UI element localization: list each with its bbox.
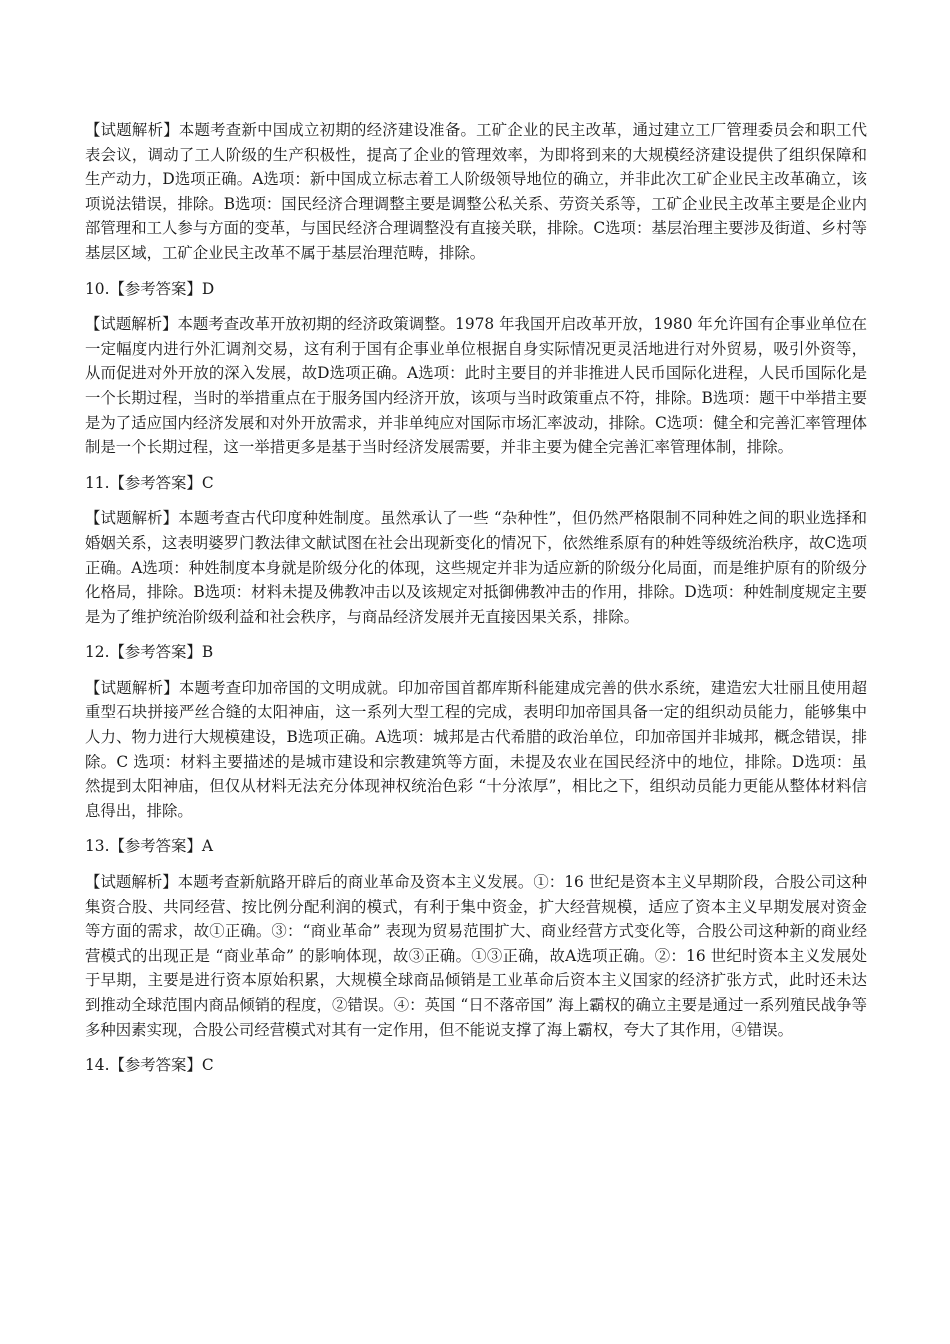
analysis-q11: 【试题解析】本题考查古代印度种姓制度。虽然承认了一些 “杂种性”，但仍然严格限制… [85,506,867,629]
document-page: 【试题解析】本题考查新中国成立初期的经济建设准备。工矿企业的民主改革，通过建立工… [85,118,867,1089]
analysis-q13: 【试题解析】本题考查新航路开辟后的商业革命及资本主义发展。①：16 世纪是资本主… [85,870,867,1042]
answer-q12: 12.【参考答案】B [85,640,867,665]
analysis-q9: 【试题解析】本题考查新中国成立初期的经济建设准备。工矿企业的民主改革，通过建立工… [85,118,867,266]
analysis-q10: 【试题解析】本题考查改革开放初期的经济政策调整。1978 年我国开启改革开放，1… [85,312,867,460]
answer-q13: 13.【参考答案】A [85,834,867,859]
analysis-q12: 【试题解析】本题考查印加帝国的文明成就。印加帝国首都库斯科能建成完善的供水系统，… [85,676,867,824]
answer-q10: 10.【参考答案】D [85,277,867,302]
answer-q11: 11.【参考答案】C [85,471,867,496]
answer-q14: 14.【参考答案】C [85,1053,867,1078]
